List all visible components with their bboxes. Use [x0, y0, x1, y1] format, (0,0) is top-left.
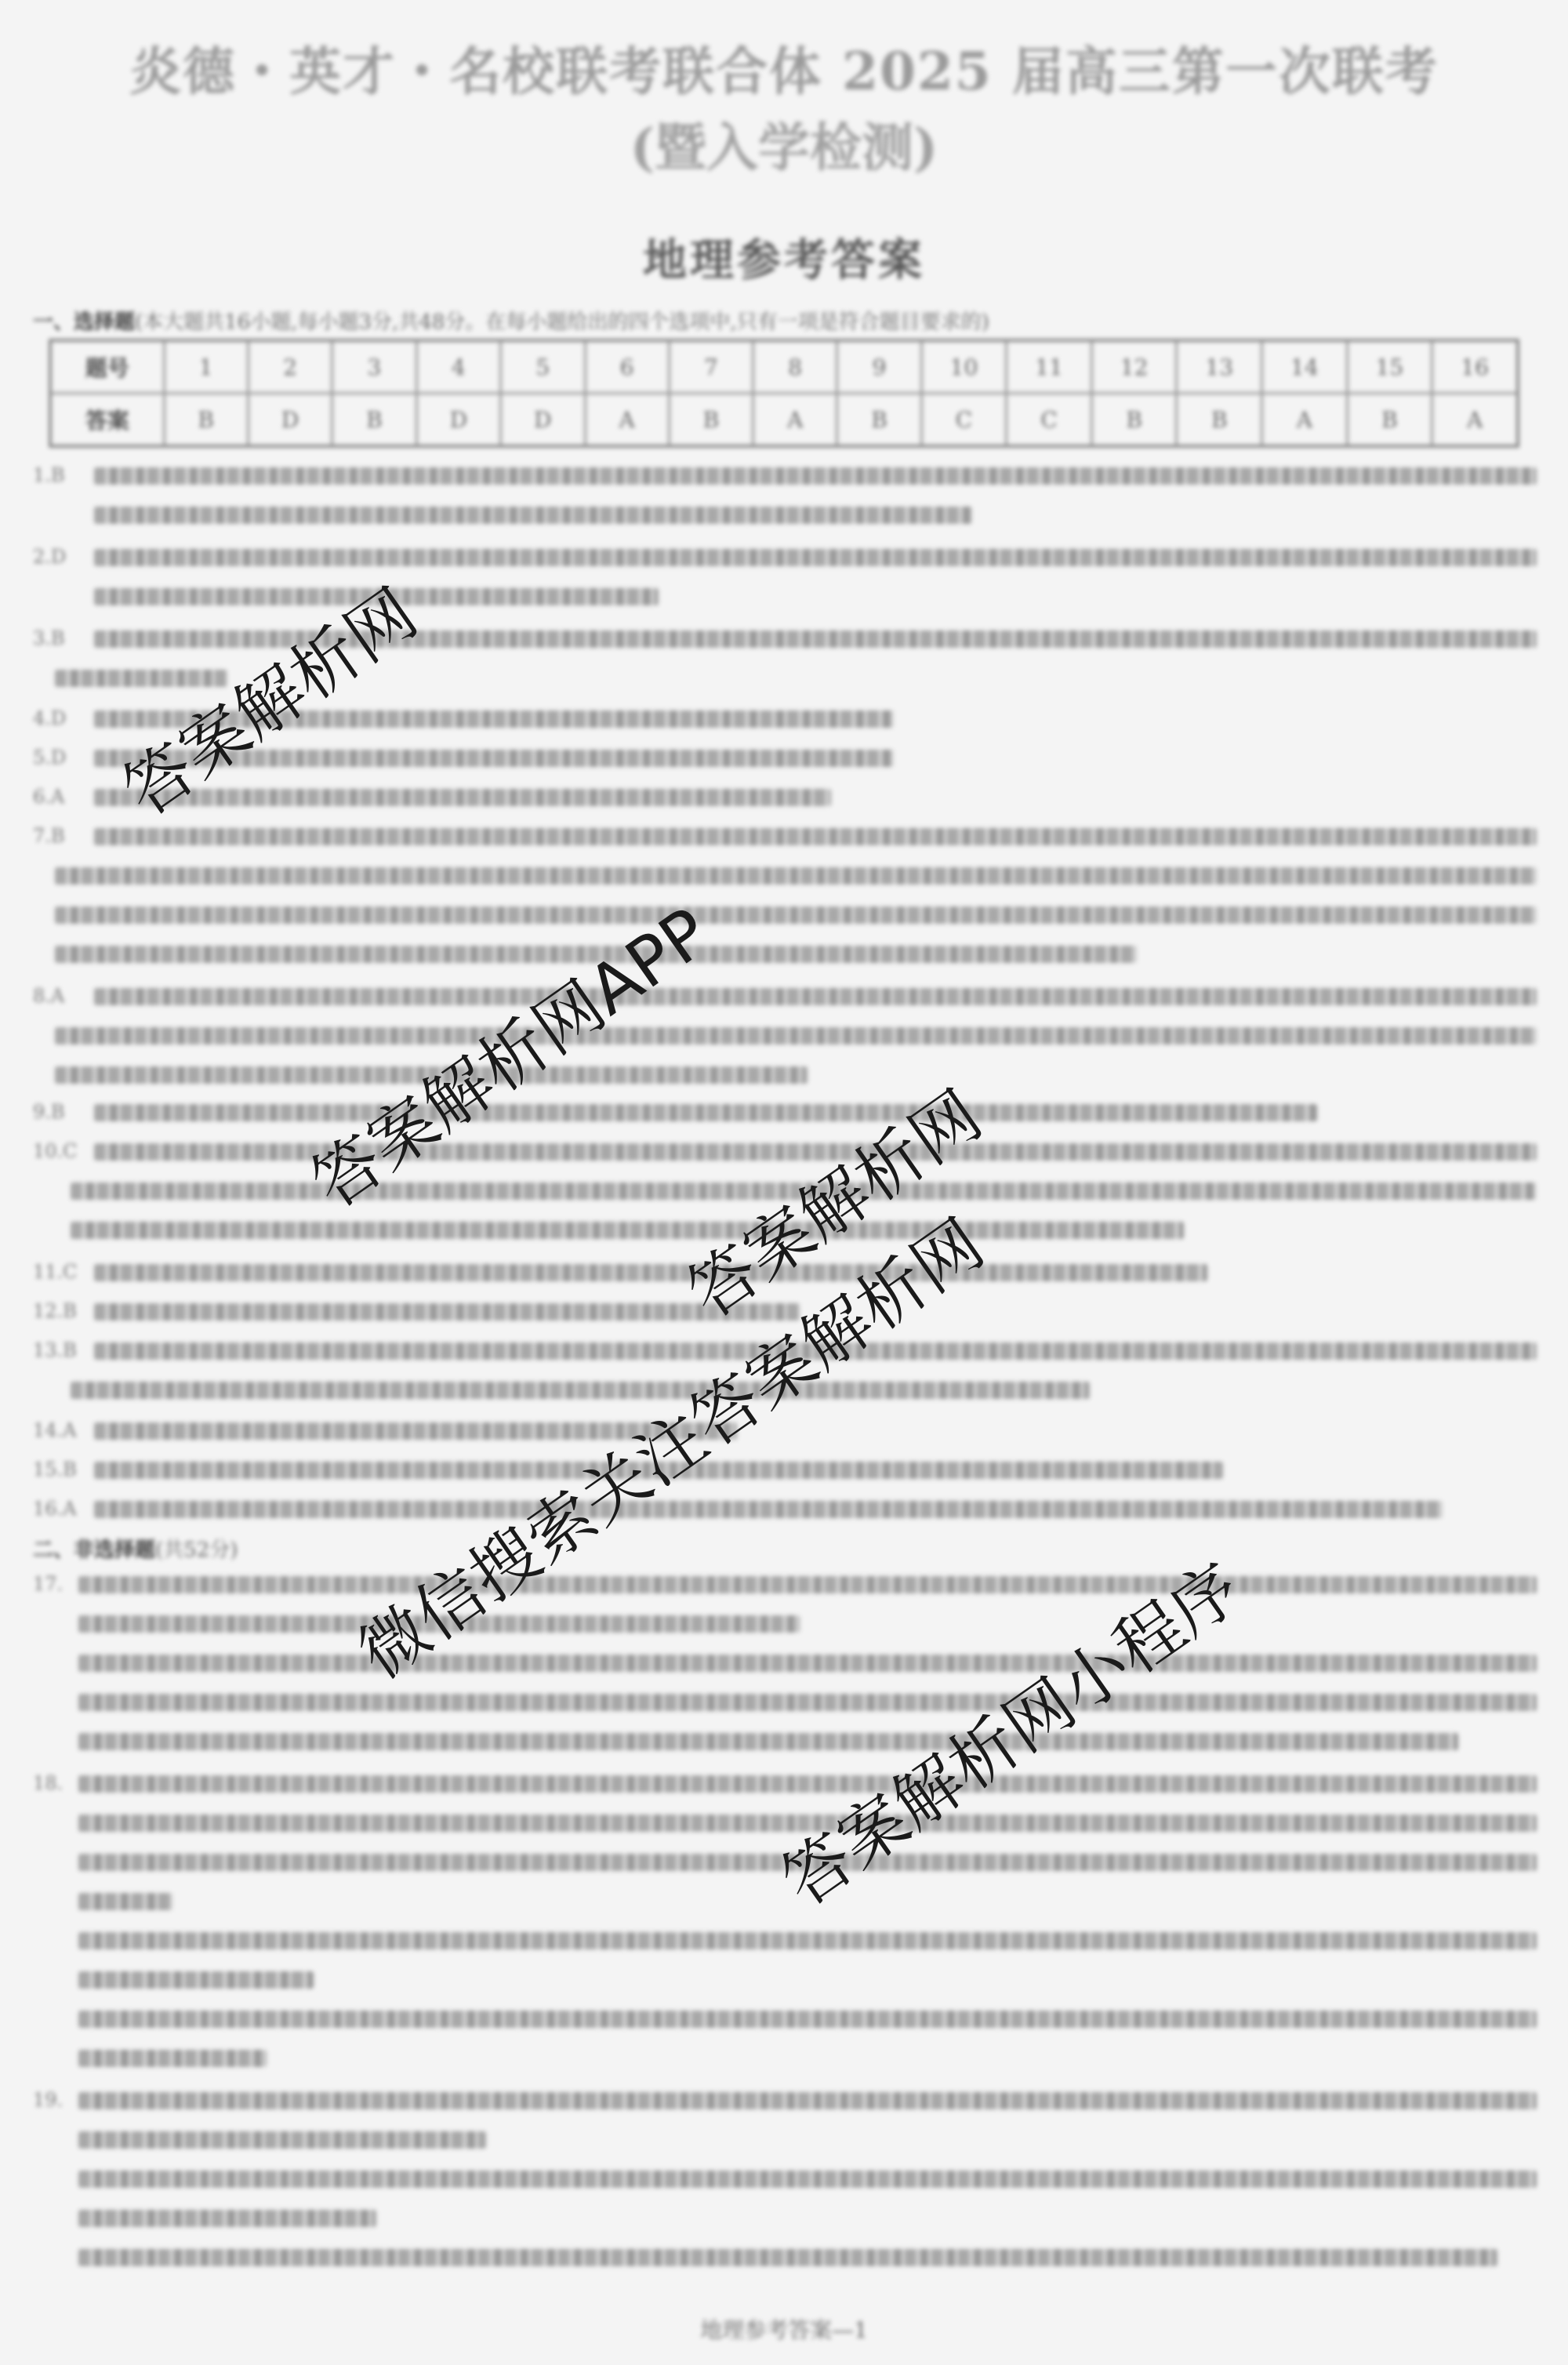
text-line [78, 1971, 314, 1989]
answer-cell: D [248, 394, 332, 447]
page-footer: 地理参考答案—1 [0, 2313, 1568, 2345]
text-line [94, 988, 1537, 1005]
question-cell: 9 [837, 340, 921, 394]
question-cell: 7 [669, 340, 753, 394]
text-line [94, 828, 1537, 845]
section1-heading: 一、选择题(本大题共16小题,每小题3分,共48分。在每小题给出的四个选项中,只… [33, 306, 989, 335]
explanation-number: 6.A [33, 786, 64, 808]
text-line [78, 2011, 1537, 2028]
text-line [78, 2050, 267, 2067]
text-line [94, 1104, 1317, 1121]
text-line [55, 1027, 1537, 1044]
question-cell: 16 [1432, 340, 1518, 394]
text-line [71, 1222, 1184, 1239]
question-cell: 3 [332, 340, 416, 394]
section1-label: 一、选择题 [33, 311, 135, 334]
question-cell: 1 [164, 340, 248, 394]
answer-cell: B [332, 394, 416, 447]
question-cell: 11 [1007, 340, 1092, 394]
text-line [94, 549, 1537, 566]
answer-cell: B [1347, 394, 1432, 447]
text-line [94, 1264, 1207, 1281]
answer-cell: D [501, 394, 585, 447]
question-cell: 10 [921, 340, 1007, 394]
question-cell: 12 [1091, 340, 1177, 394]
text-line [78, 2171, 1537, 2188]
explanation-number: 12.B [33, 1300, 77, 1322]
section2-note: (共52分) [155, 1539, 238, 1562]
explanation-number: 11.C [33, 1261, 78, 1283]
explanation-number: 1.B [33, 464, 65, 486]
text-line [94, 1501, 1443, 1518]
answer-cell: A [1432, 394, 1518, 447]
explanation-number: 19. [33, 2089, 63, 2111]
answer-cell: B [164, 394, 248, 447]
text-line [78, 2249, 1497, 2266]
section2-heading: 二、非选择题(共52分) [33, 1534, 238, 1563]
text-line [71, 1382, 1090, 1399]
answer-row: 答案 B D B D D A B A B C C B B A B A [50, 394, 1518, 447]
row-label-question: 题号 [50, 340, 164, 394]
answer-cell: A [753, 394, 837, 447]
text-line [78, 2210, 376, 2227]
explanation-number: 7.B [33, 825, 65, 847]
explanation-number: 4.D [33, 707, 66, 729]
explanation-number: 3.B [33, 627, 65, 649]
answer-cell: C [921, 394, 1007, 447]
explanation-number: 8.A [33, 985, 64, 1007]
text-line [78, 2131, 486, 2149]
answer-cell: D [416, 394, 500, 447]
text-line [78, 2092, 1537, 2109]
answer-cell: B [837, 394, 921, 447]
explanation-number: 14.A [33, 1419, 77, 1441]
explanation-number: 15.B [33, 1459, 77, 1480]
subject-title: 地理参考答案 [0, 226, 1568, 289]
question-cell: 8 [753, 340, 837, 394]
question-cell: 13 [1177, 340, 1262, 394]
text-line [94, 1303, 800, 1321]
text-line [55, 906, 1537, 924]
explanation-number: 10.C [33, 1140, 78, 1162]
text-line [78, 1576, 1537, 1593]
section2-label: 二、非选择题 [33, 1539, 155, 1562]
explanation-number: 9.B [33, 1101, 65, 1123]
text-line [78, 1694, 1537, 1711]
answer-table: 题号 1 2 3 4 5 6 7 8 9 10 11 12 13 14 15 1… [49, 339, 1519, 448]
answer-cell: A [1262, 394, 1348, 447]
text-line [94, 507, 972, 524]
answer-cell: A [585, 394, 669, 447]
explanation-number: 13.B [33, 1339, 77, 1361]
answer-cell: B [669, 394, 753, 447]
question-cell: 15 [1347, 340, 1432, 394]
exam-title: 炎德・英才・名校联考联合体 2025 届高三第一次联考 [0, 30, 1568, 104]
text-line [78, 1932, 1537, 1949]
text-line [78, 1655, 1537, 1672]
text-line [78, 1893, 172, 1910]
text-line [55, 867, 1537, 885]
explanation-number: 18. [33, 1772, 63, 1794]
exam-subtitle: (暨入学检测) [0, 106, 1568, 180]
row-label-answer: 答案 [50, 394, 164, 447]
text-line [94, 467, 1537, 485]
question-cell: 4 [416, 340, 500, 394]
answer-cell: B [1177, 394, 1262, 447]
question-cell: 14 [1262, 340, 1348, 394]
question-cell: 5 [501, 340, 585, 394]
text-line [78, 1775, 1537, 1793]
explanation-number: 17. [33, 1573, 63, 1595]
text-line [78, 1733, 1458, 1750]
answer-cell: C [1007, 394, 1092, 447]
section1-note: (本大题共16小题,每小题3分,共48分。在每小题给出的四个选项中,只有一项是符… [135, 311, 989, 334]
answer-cell: B [1091, 394, 1177, 447]
question-number-row: 题号 1 2 3 4 5 6 7 8 9 10 11 12 13 14 15 1… [50, 340, 1518, 394]
explanation-number: 16.A [33, 1498, 77, 1520]
explanation-number: 5.D [33, 747, 66, 768]
explanation-number: 2.D [33, 546, 66, 568]
question-cell: 2 [248, 340, 332, 394]
question-cell: 6 [585, 340, 669, 394]
